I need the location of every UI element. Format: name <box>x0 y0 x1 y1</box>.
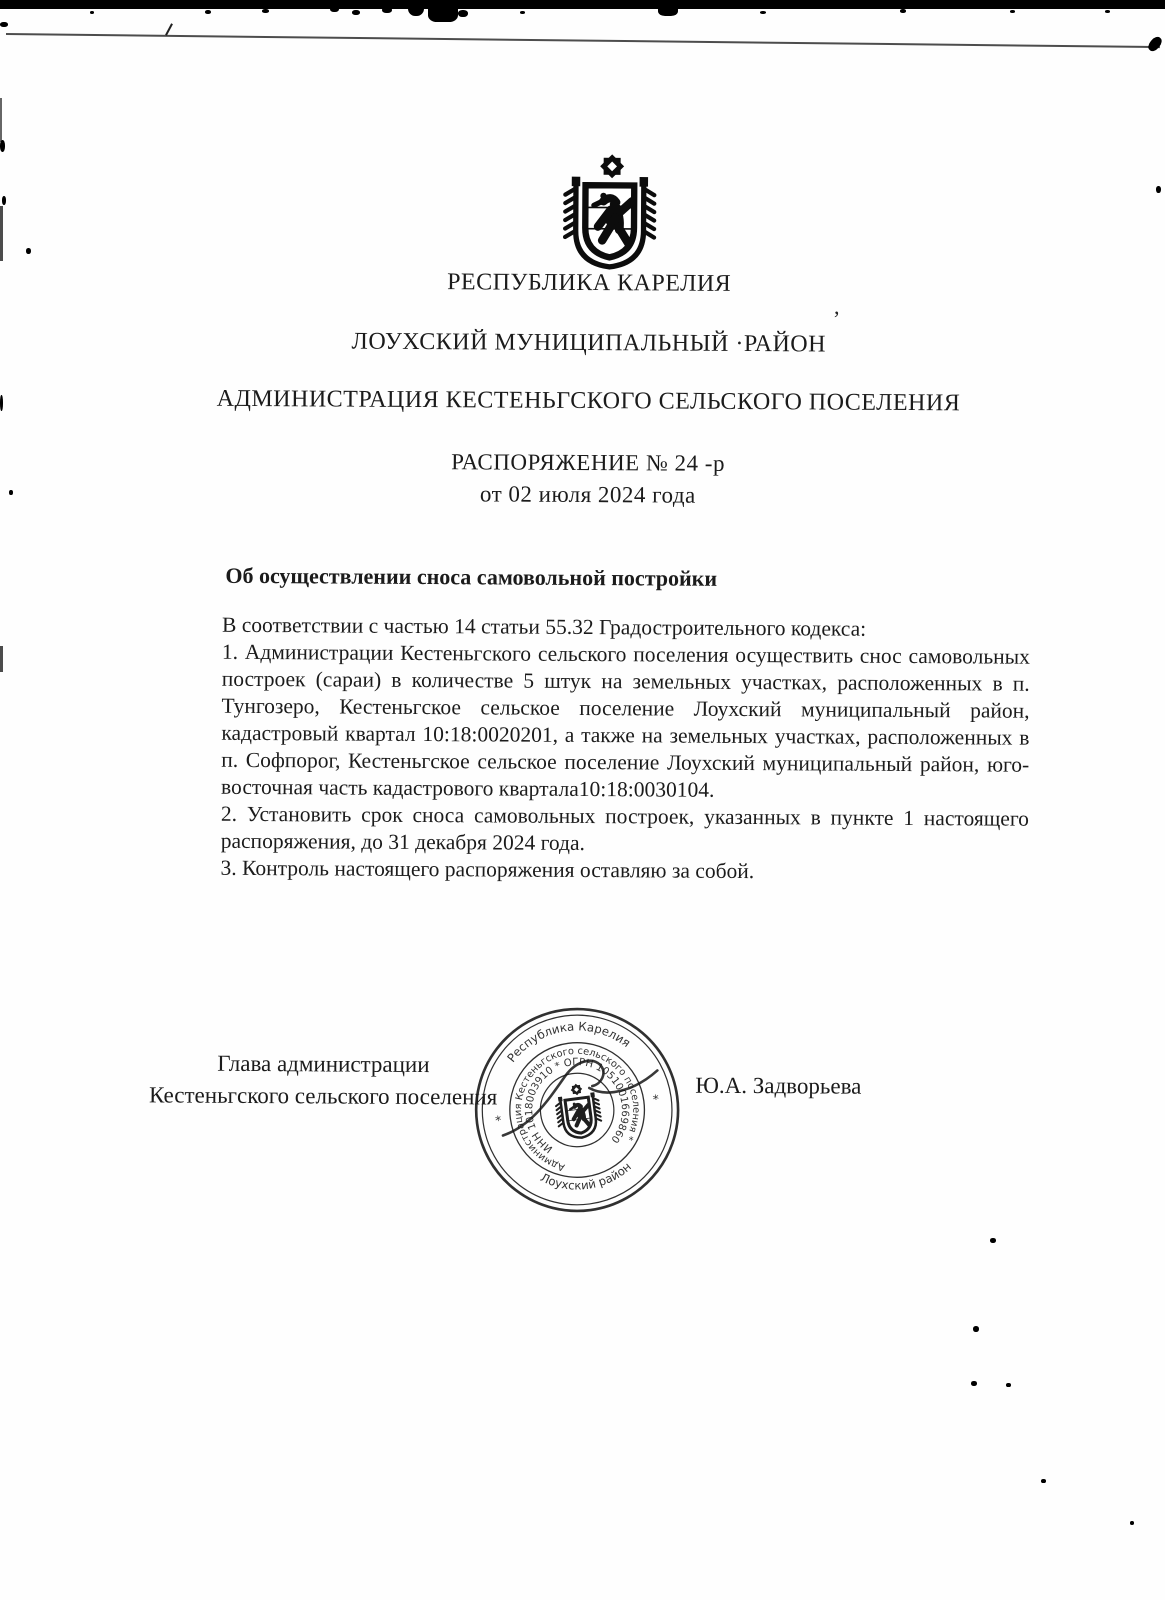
signatory-post-line1: Глава администрации <box>147 1047 499 1081</box>
body-item-1: 1. Администрации Кестеньгского сельского… <box>221 639 1030 806</box>
scan-edge-line <box>0 98 2 142</box>
order-date-heading: от 02 июля 2024 года <box>13 479 1163 512</box>
signature-stroke <box>489 1027 690 1168</box>
signatory-name: Ю.А. Задворьева <box>695 1073 861 1100</box>
republic-heading: РЕСПУБЛИКА КАРЕЛИЯ <box>14 267 1164 301</box>
district-heading: ЛОУХСКИЙ МУНИЦИПАЛЬНЫЙ ·РАЙОН <box>14 327 1164 361</box>
order-subject: Об осуществлении сноса самовольной постр… <box>225 563 717 592</box>
administration-heading: АДМИНИСТРАЦИЯ КЕСТЕНЬГСКОГО СЕЛЬСКОГО ПО… <box>13 385 1163 419</box>
body-item-2: 2. Установить срок сноса самовольных пос… <box>221 801 1029 860</box>
karelia-coat-of-arms-icon <box>554 146 661 272</box>
order-number-heading: РАСПОРЯЖЕНИЕ № 24 -р <box>13 447 1163 480</box>
signatory-post: Глава администрации Кестеньгского сельск… <box>147 1047 499 1113</box>
scanned-document-page: , <box>0 0 1165 1600</box>
document-content: РЕСПУБЛИКА КАРЕЛИЯ ЛОУХСКИЙ МУНИЦИПАЛЬНЫ… <box>0 0 1165 1600</box>
order-body: В соответствии с частью 14 статьи 55.32 … <box>221 612 1031 887</box>
signatory-post-line2: Кестеньгского сельского поселения <box>147 1079 499 1113</box>
body-item-3: 3. Контроль настоящего распоряжения оста… <box>221 855 1029 887</box>
